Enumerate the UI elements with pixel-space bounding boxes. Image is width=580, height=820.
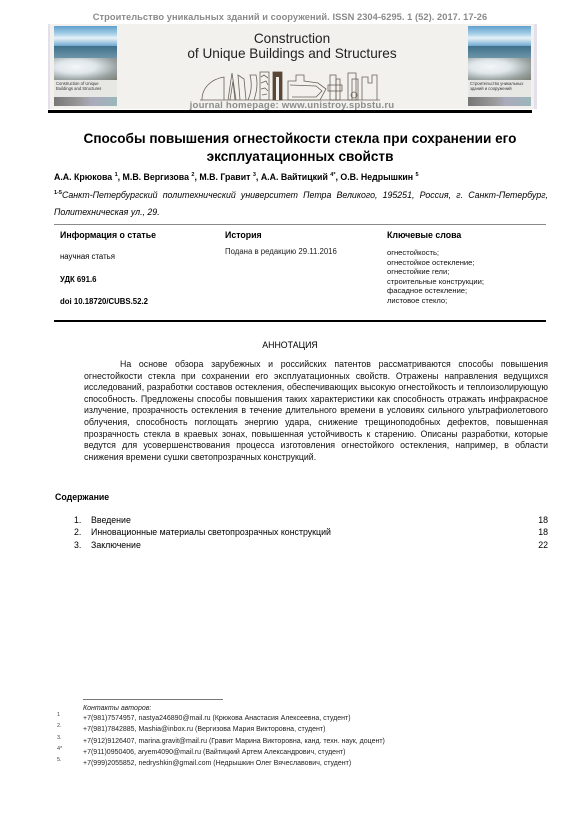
toc-item[interactable]: 1.Введение18	[74, 515, 548, 527]
author-name: М.В. Гравит	[199, 172, 253, 182]
keywords-heading: Ключевые слова	[387, 230, 461, 240]
author-mark: 3	[253, 172, 256, 178]
keyword: строительные конструкции;	[387, 277, 484, 287]
keywords-column: Ключевые слова огнестойкость;огнестойкое…	[387, 230, 461, 240]
banner-divider	[48, 110, 532, 113]
history-heading: История	[225, 230, 262, 240]
footnote-divider	[83, 699, 223, 700]
footnote-text: +7(981)7574957, nastya246890@mail.ru (Кр…	[83, 715, 351, 722]
article-doi[interactable]: doi 10.18720/CUBS.52.2	[60, 297, 148, 306]
keywords-list: огнестойкость;огнестойкое остекление;огн…	[387, 248, 484, 306]
cover-caption-left: Construction of Unique Buildings and Str…	[54, 80, 117, 97]
author-name: А.А. Крюкова	[54, 172, 115, 182]
footnote-text: +7(999)2055852, nedryshkin@gmail.com (Не…	[83, 760, 351, 767]
journal-banner: Construction of Unique Buildings and Str…	[48, 24, 537, 109]
history-column: История Подана в редакцию 29.11.2016	[225, 230, 262, 240]
table-of-contents: 1.Введение182.Инновационные материалы св…	[74, 515, 548, 552]
keyword: огнестойкость;	[387, 248, 484, 258]
toc-number: 2.	[74, 527, 81, 537]
toc-label: Заключение	[91, 540, 141, 550]
affiliation: 1-5Санкт-Петербургский политехнический у…	[54, 185, 548, 221]
author-name: А.А. Вайтицкий	[261, 172, 330, 182]
toc-number: 3.	[74, 540, 81, 550]
footnote-mark: 3.	[57, 735, 62, 741]
keyword: огнестойкие гели;	[387, 267, 484, 277]
toc-label: Инновационные материалы светопрозрачных …	[91, 527, 331, 537]
author-contact: 2.+7(981)7842885, Mashia@inbox.ru (Верги…	[57, 726, 557, 737]
footnote-mark: 5.	[57, 757, 62, 763]
keyword: фасадное остекление;	[387, 286, 484, 296]
article-udk: УДК 691.6	[60, 275, 96, 284]
author-contact: 3.+7(912)9126407, marina.gravit@mail.ru …	[57, 738, 557, 749]
author-contact: 5.+7(999)2055852, nedryshkin@gmail.com (…	[57, 760, 557, 771]
article-type: научная статья	[60, 252, 115, 261]
author-mark: 4*	[330, 172, 335, 178]
footnote-text: +7(911)0950406, aryem4090@mail.ru (Вайти…	[83, 749, 345, 756]
author-contact: 4*+7(911)0950406, aryem4090@mail.ru (Вай…	[57, 749, 557, 760]
toc-number: 1.	[74, 515, 81, 525]
toc-item[interactable]: 2.Инновационные материалы светопрозрачны…	[74, 527, 548, 539]
footnote-text: +7(912)9126407, marina.gravit@mail.ru (Г…	[83, 738, 385, 745]
author-name: О.В. Недрышкин	[340, 172, 415, 182]
toc-label: Введение	[91, 515, 131, 525]
journal-header-line: Строительство уникальных зданий и сооруж…	[0, 12, 580, 22]
cover-caption-right: Строительство уникальных зданий и сооруж…	[468, 80, 531, 97]
affiliation-mark: 1-5	[54, 190, 62, 196]
toc-page-number: 18	[538, 515, 548, 525]
abstract-text: На основе обзора зарубежных и российских…	[84, 359, 548, 463]
keyword: огнестойкое остекление;	[387, 258, 484, 268]
toc-page-number: 22	[538, 540, 548, 550]
banner-title-line1: Construction	[50, 31, 534, 46]
author-list: А.А. Крюкова 1, М.В. Вергизова 2, М.В. Г…	[54, 172, 419, 182]
article-title: Способы повышения огнестойкости стекла п…	[40, 130, 560, 166]
journal-cover-right: Строительство уникальных зданий и сооруж…	[468, 26, 531, 106]
affiliation-text: Санкт-Петербургский политехнический унив…	[54, 190, 548, 217]
author-mark: 2	[191, 172, 194, 178]
toc-item[interactable]: 3.Заключение22	[74, 540, 548, 552]
article-info-column: Информация о статье научная статья УДК 6…	[60, 230, 156, 240]
keyword: листовое стекло;	[387, 296, 484, 306]
banner-title-line2: of Unique Buildings and Structures	[50, 46, 534, 61]
footnote-text: +7(981)7842885, Mashia@inbox.ru (Вергизо…	[83, 726, 325, 733]
footnote-mark: 4*	[57, 746, 62, 752]
author-name: М.В. Вергизова	[123, 172, 192, 182]
skyline-logo-icon	[200, 69, 380, 101]
submission-date: Подана в редакцию 29.11.2016	[225, 247, 337, 256]
author-mark: 1	[115, 172, 118, 178]
article-info-heading: Информация о статье	[60, 230, 156, 240]
author-contacts: 1+7(981)7574957, nastya246890@mail.ru (К…	[57, 715, 557, 771]
abstract-heading: АННОТАЦИЯ	[0, 340, 580, 350]
author-mark: 5	[416, 172, 419, 178]
footnote-heading: Контакты авторов:	[83, 705, 151, 712]
info-top-divider	[54, 224, 546, 225]
footnote-mark: 1	[57, 712, 60, 718]
info-bottom-divider	[54, 320, 546, 322]
toc-page-number: 18	[538, 527, 548, 537]
footnote-mark: 2.	[57, 723, 62, 729]
author-contact: 1+7(981)7574957, nastya246890@mail.ru (К…	[57, 715, 557, 726]
contents-heading: Содержание	[55, 492, 109, 502]
